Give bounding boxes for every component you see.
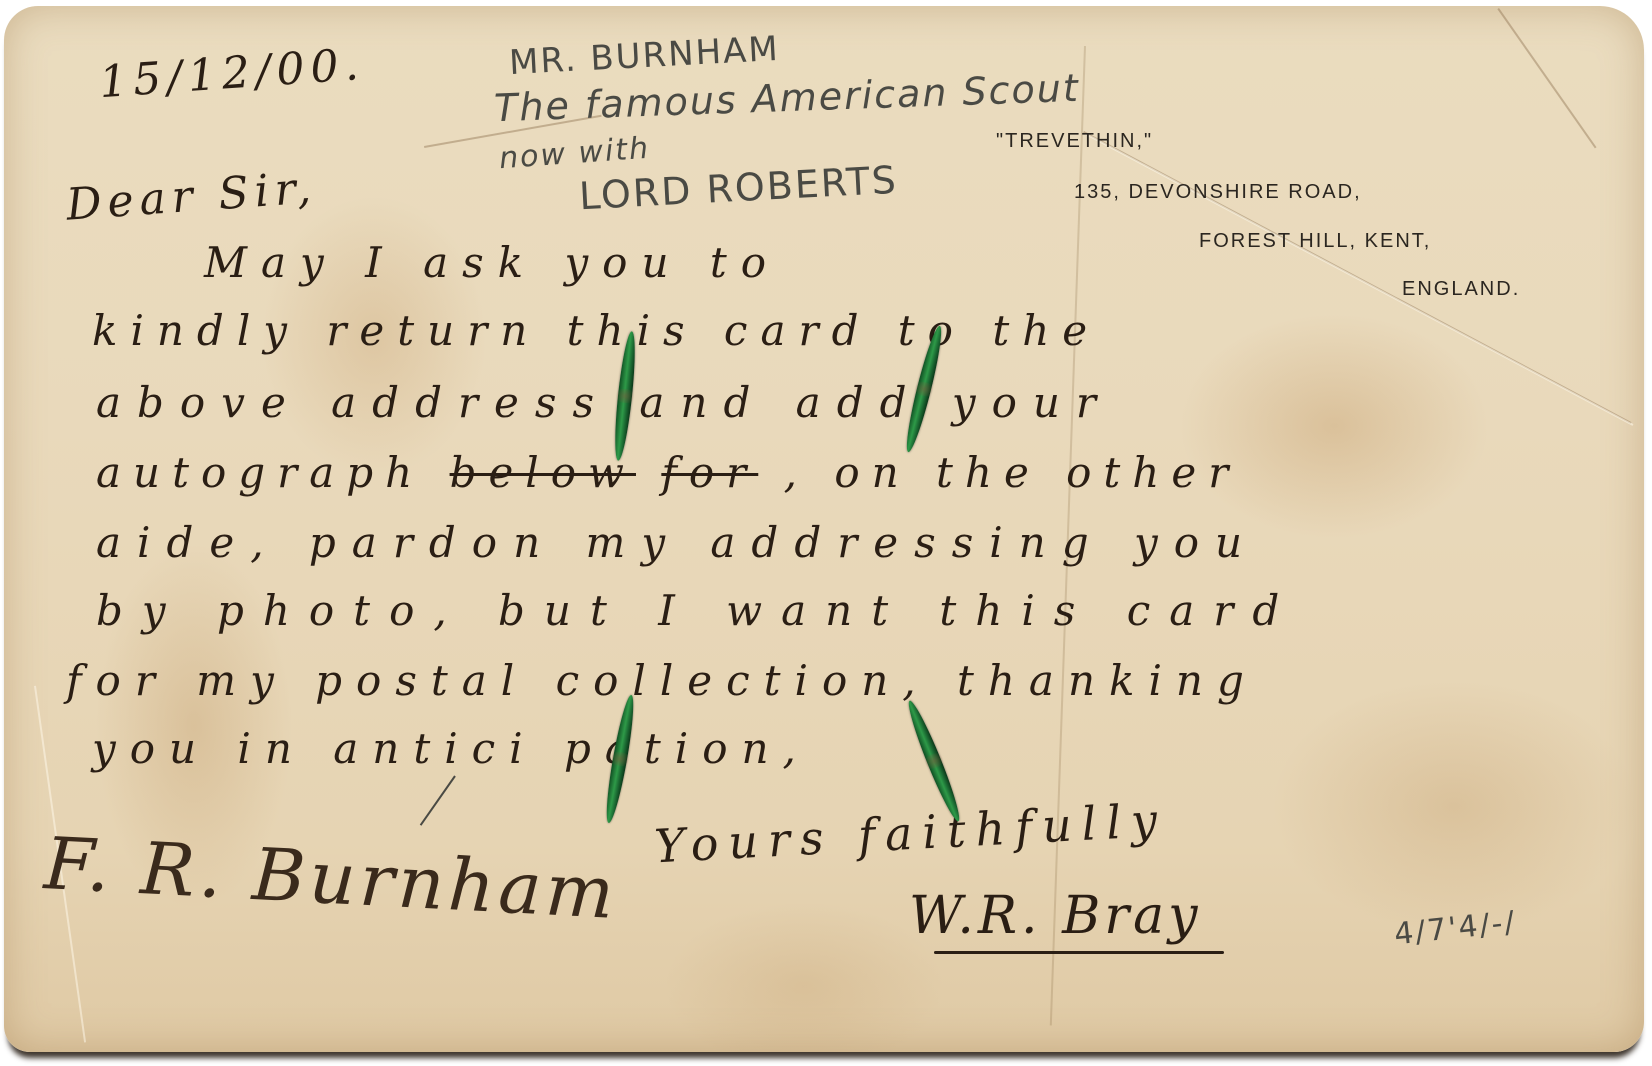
body-line-6: by photo, but I want this card xyxy=(96,586,1298,635)
body-line-4-end: , on the other xyxy=(784,448,1241,497)
struck-word-for: for xyxy=(661,448,758,497)
letterhead-house-name: "TREVETHIN," xyxy=(996,130,1153,153)
date: 15/12/00. xyxy=(98,39,367,108)
body-line-4-start: autograph xyxy=(96,448,424,497)
closing: Yours faithfully xyxy=(653,793,1168,874)
pencil-note-line-3: now with xyxy=(498,131,651,176)
letterhead-town: FOREST HILL, KENT, xyxy=(1199,230,1431,253)
letterhead-country: ENGLAND. xyxy=(1402,278,1520,301)
struck-word-below: below xyxy=(450,448,636,497)
body-line-1: May I ask you to xyxy=(204,238,780,287)
salutation: Dear Sir, xyxy=(65,162,319,230)
paper-crease xyxy=(1085,133,1633,426)
signature-underline xyxy=(934,951,1224,954)
autograph-signature: F. R. Burnham xyxy=(42,821,620,935)
pencil-reference: 4/7'4/-/ xyxy=(1393,905,1519,953)
body-line-5: aide, pardon my addressing you xyxy=(96,518,1258,567)
sender-signature: W.R. Bray xyxy=(909,886,1202,946)
body-line-3: above address and add your xyxy=(96,378,1112,427)
pencil-arrow-icon xyxy=(420,775,456,825)
body-line-8: you in antici pation, xyxy=(92,724,810,773)
body-line-7: for my postal collection, thanking xyxy=(66,656,1258,705)
paper-crease xyxy=(1497,8,1596,148)
postcard: 15/12/00. MR. BURNHAM The famous America… xyxy=(4,6,1644,1052)
body-line-4: autograph below for , on the other xyxy=(96,448,1240,497)
body-line-2: kindly return this card to the xyxy=(92,306,1100,355)
letterhead-street: 135, DEVONSHIRE ROAD, xyxy=(1074,181,1362,204)
pencil-note-line-1: MR. BURNHAM xyxy=(508,29,781,83)
